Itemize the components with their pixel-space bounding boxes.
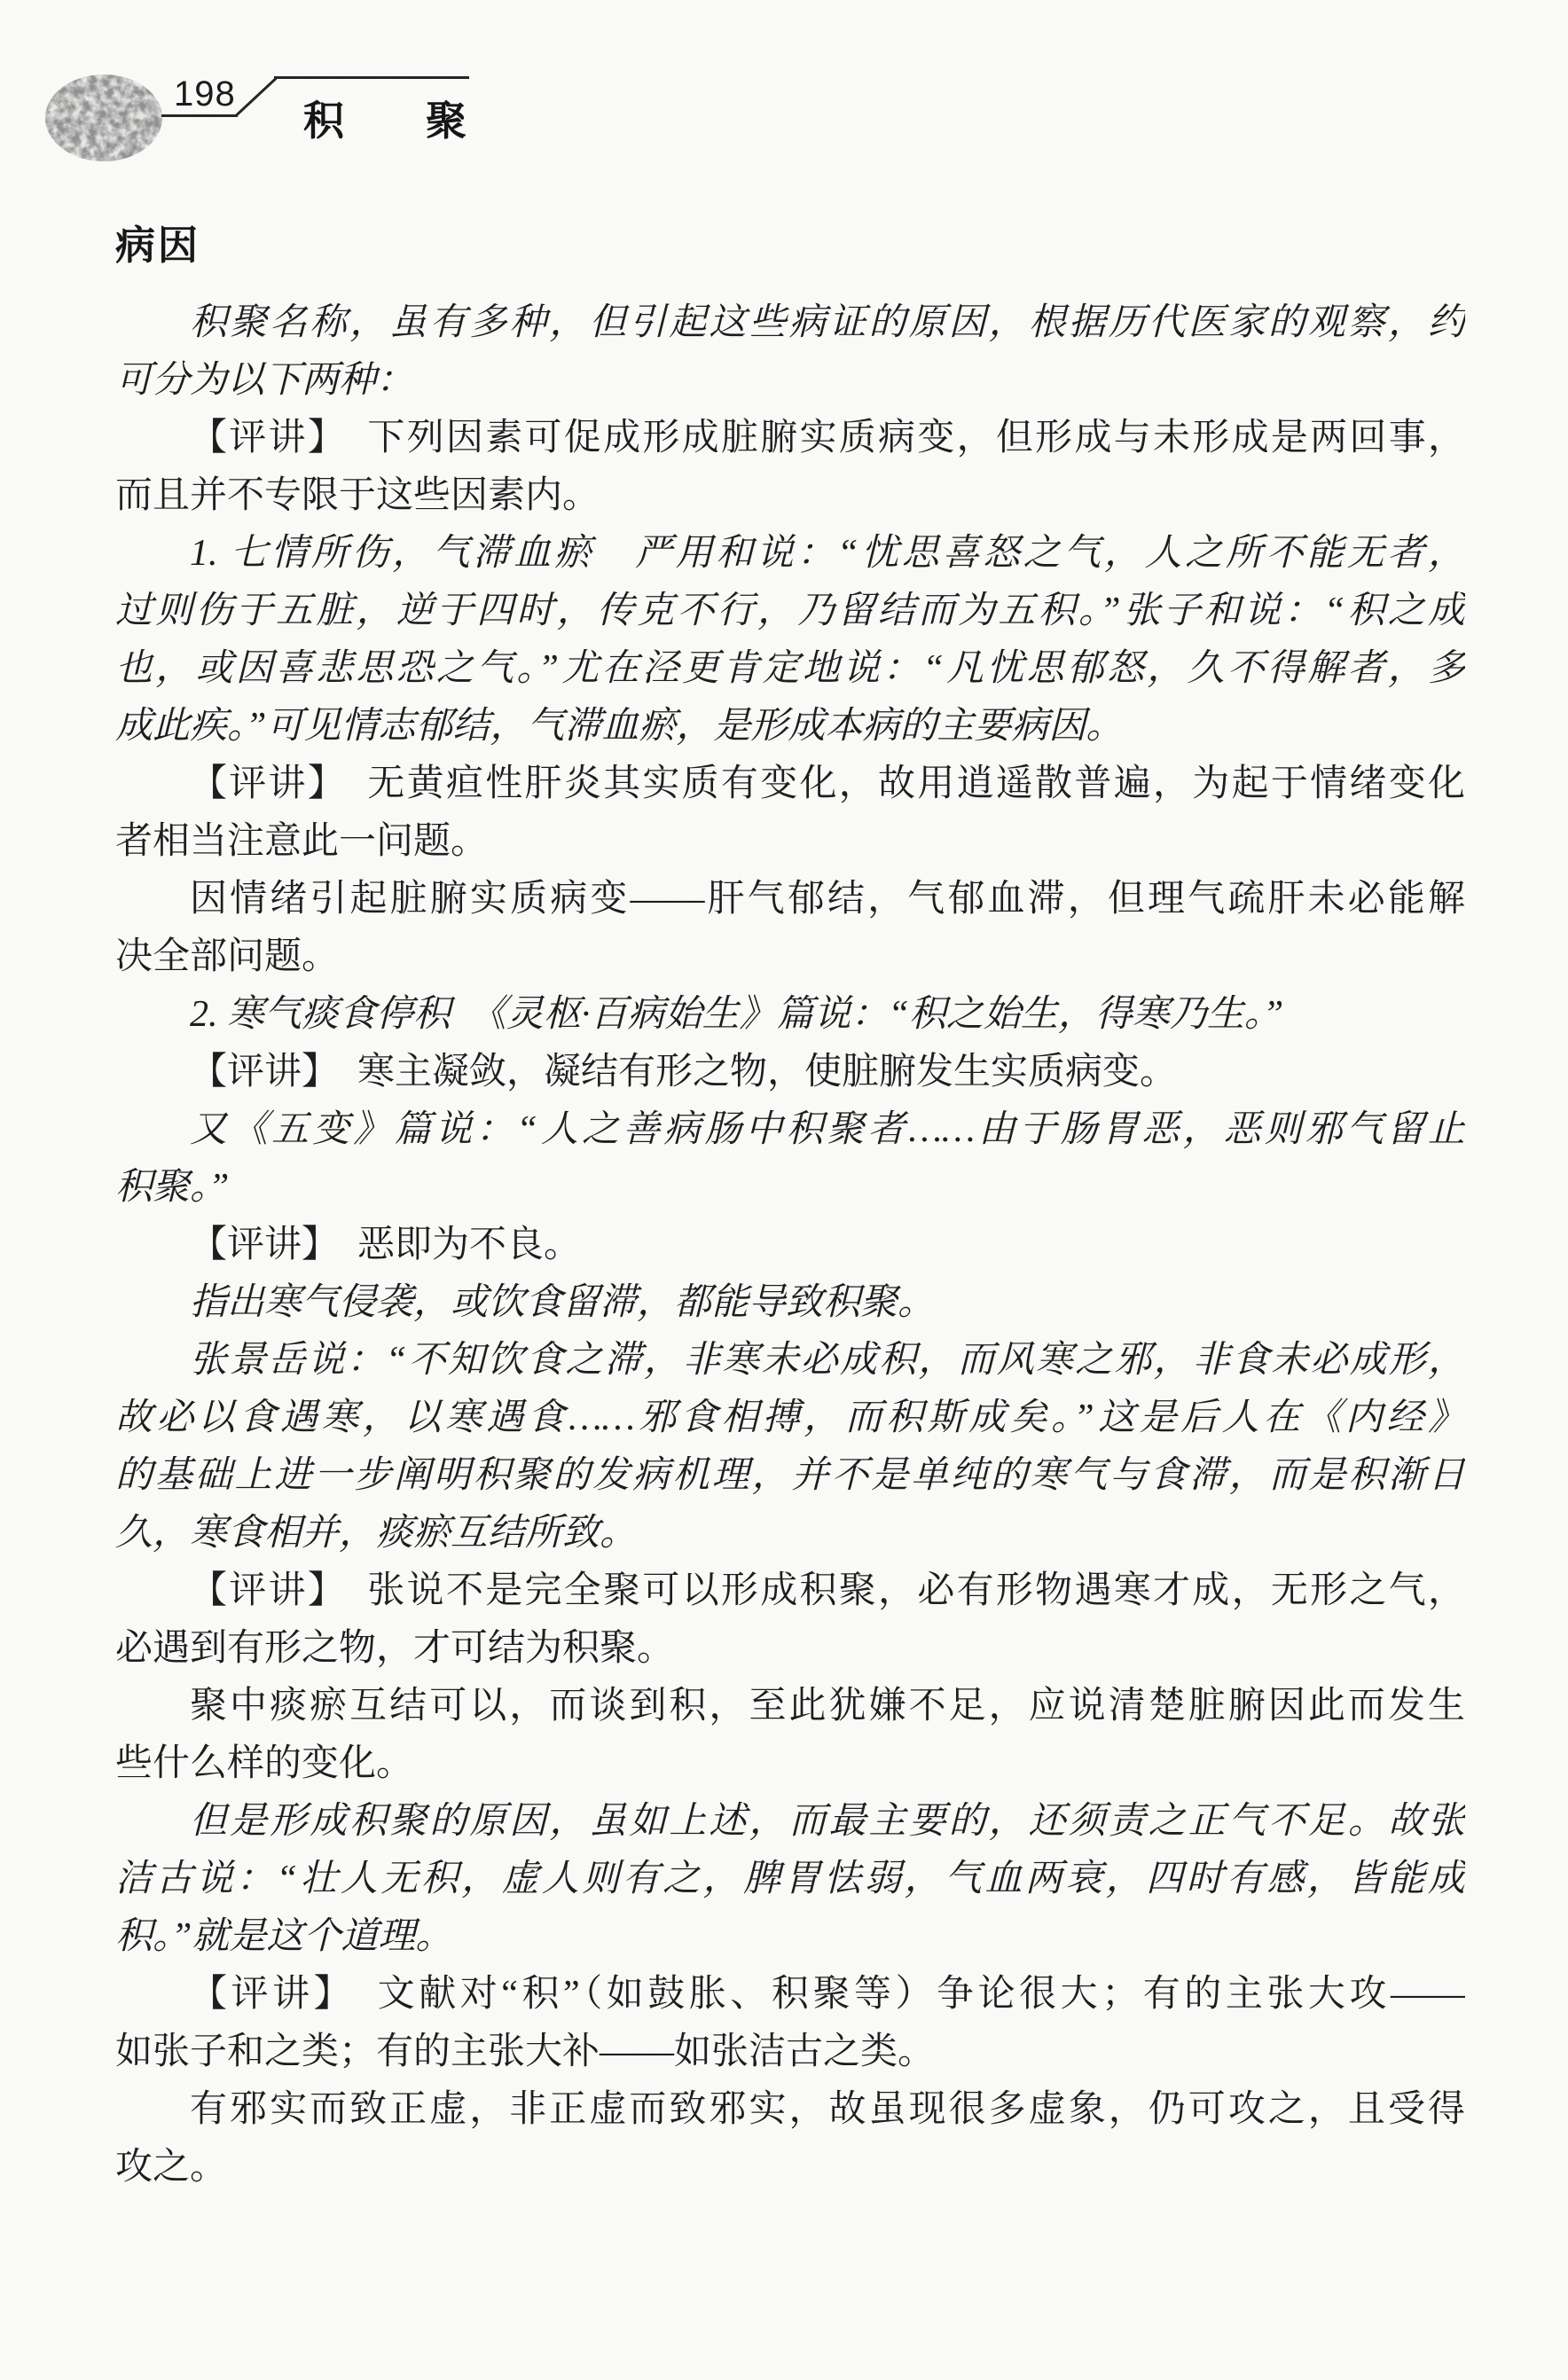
text-line: 过则伤于五脏，逆于四时，传克不行，乃留结而为五积。”张子和说：“积之成 <box>115 583 1465 640</box>
header-rule-short <box>161 114 238 117</box>
text-line: 1. 七情所伤，气滞血瘀 严用和说：“忧思喜怒之气，人之所不能无者， <box>115 525 1465 583</box>
text-line: 洁古说：“壮人无积，虚人则有之，脾胃怯弱，气血两衰，四时有感，皆能成 <box>115 1851 1465 1908</box>
text-line: 积聚名称，虽有多种，但引起这些病证的原因，根据历代医家的观察，约 <box>115 294 1465 352</box>
text-line: 久，寒食相并，痰瘀互结所致。 <box>115 1505 1465 1562</box>
text-line: 攻之。 <box>115 2139 1465 2196</box>
text-line: 因情绪引起脏腑实质病变——肝气郁结，气郁血滞，但理气疏肝未必能解 <box>115 871 1465 928</box>
chapter-title: 积 聚 <box>303 89 466 147</box>
paragraph: 2. 寒气痰食停积 《灵枢·百病始生》篇说：“积之始生，得寒乃生。” <box>115 986 1465 1044</box>
header-rule-top <box>274 76 469 79</box>
text-line: 2. 寒气痰食停积 《灵枢·百病始生》篇说：“积之始生，得寒乃生。” <box>115 986 1465 1044</box>
text-line: 有邪实而致正虚，非正虚而致邪实，故虽现很多虚象，仍可攻之，且受得 <box>115 2081 1465 2139</box>
text-line: 成此疾。”可见情志郁结，气滞血瘀，是形成本病的主要病因。 <box>115 698 1465 755</box>
text-line: 【评讲】 恶即为不良。 <box>115 1217 1465 1274</box>
paragraph: 1. 七情所伤，气滞血瘀 严用和说：“忧思喜怒之气，人之所不能无者，过则伤于五脏… <box>115 525 1465 755</box>
paragraph: 【评讲】 张说不是完全聚可以形成积聚，必有形物遇寒才成，无形之气，必遇到有形之物… <box>115 1562 1465 1678</box>
paragraph: 【评讲】 无黄疸性肝炎其实质有变化，故用逍遥散普遍，为起于情绪变化者相当注意此一… <box>115 755 1465 871</box>
paragraph: 指出寒气侵袭，或饮食留滞，都能导致积聚。 <box>115 1274 1465 1332</box>
section-heading: 病因 <box>115 220 1465 294</box>
text-line: 决全部问题。 <box>115 928 1465 986</box>
paragraph: 【评讲】 下列因素可促成形成脏腑实质病变，但形成与未形成是两回事，而且并不专限于… <box>115 410 1465 525</box>
text-line: 如张子和之类；有的主张大补——如张洁古之类。 <box>115 2024 1465 2081</box>
text-line: 的基础上进一步阐明积聚的发病机理，并不是单纯的寒气与食滞，而是积渐日 <box>115 1447 1465 1505</box>
text-line: 可分为以下两种： <box>115 352 1465 410</box>
paragraph: 有邪实而致正虚，非正虚而致邪实，故虽现很多虚象，仍可攻之，且受得攻之。 <box>115 2081 1465 2196</box>
text-line: 者相当注意此一问题。 <box>115 813 1465 871</box>
paragraph: 聚中痰瘀互结可以，而谈到积，至此犹嫌不足，应说清楚脏腑因此而发生些什么样的变化。 <box>115 1678 1465 1793</box>
page-number: 198 <box>174 74 236 114</box>
text-line: 积。”就是这个道理。 <box>115 1908 1465 1966</box>
paragraph-list: 积聚名称，虽有多种，但引起这些病证的原因，根据历代医家的观察，约可分为以下两种：… <box>115 294 1465 2196</box>
text-line: 张景岳说：“不知饮食之滞，非寒未必成积，而风寒之邪，非食未必成形， <box>115 1332 1465 1390</box>
paragraph: 【评讲】 恶即为不良。 <box>115 1217 1465 1274</box>
book-page: 198 积 聚 病因 积聚名称，虽有多种，但引起这些病证的原因，根据历代医家的观… <box>0 0 1568 2380</box>
paragraph: 张景岳说：“不知饮食之滞，非寒未必成积，而风寒之邪，非食未必成形，故必以食遇寒，… <box>115 1332 1465 1562</box>
text-line: 【评讲】 张说不是完全聚可以形成积聚，必有形物遇寒才成，无形之气， <box>115 1562 1465 1620</box>
text-line: 但是形成积聚的原因，虽如上述，而最主要的，还须责之正气不足。故张 <box>115 1793 1465 1851</box>
text-line: 些什么样的变化。 <box>115 1735 1465 1793</box>
ink-stamp-icon <box>41 71 169 167</box>
text-line: 也，或因喜悲思恐之气。”尤在泾更肯定地说：“凡忧思郁怒，久不得解者，多 <box>115 640 1465 698</box>
text-line: 而且并不专限于这些因素内。 <box>115 467 1465 525</box>
text-line: 【评讲】 下列因素可促成形成脏腑实质病变，但形成与未形成是两回事， <box>115 410 1465 467</box>
text-line: 必遇到有形之物，才可结为积聚。 <box>115 1620 1465 1678</box>
header-rule-diagonal <box>235 77 277 116</box>
page-body: 病因 积聚名称，虽有多种，但引起这些病证的原因，根据历代医家的观察，约可分为以下… <box>115 220 1465 2196</box>
text-line: 【评讲】 寒主凝敛，凝结有形之物，使脏腑发生实质病变。 <box>115 1044 1465 1101</box>
text-line: 故必以食遇寒，以寒遇食……邪食相搏，而积斯成矣。”这是后人在《内经》 <box>115 1390 1465 1447</box>
paragraph: 积聚名称，虽有多种，但引起这些病证的原因，根据历代医家的观察，约可分为以下两种： <box>115 294 1465 410</box>
text-line: 聚中痰瘀互结可以，而谈到积，至此犹嫌不足，应说清楚脏腑因此而发生 <box>115 1678 1465 1735</box>
paragraph: 但是形成积聚的原因，虽如上述，而最主要的，还须责之正气不足。故张洁古说：“壮人无… <box>115 1793 1465 1966</box>
text-line: 又《五变》篇说：“人之善病肠中积聚者……由于肠胃恶，恶则邪气留止 <box>115 1101 1465 1159</box>
text-line: 【评讲】 文献对“积”（如鼓胀、积聚等）争论很大；有的主张大攻—— <box>115 1966 1465 2024</box>
paragraph: 因情绪引起脏腑实质病变——肝气郁结，气郁血滞，但理气疏肝未必能解决全部问题。 <box>115 871 1465 986</box>
text-line: 积聚。” <box>115 1159 1465 1217</box>
text-line: 指出寒气侵袭，或饮食留滞，都能导致积聚。 <box>115 1274 1465 1332</box>
paragraph: 又《五变》篇说：“人之善病肠中积聚者……由于肠胃恶，恶则邪气留止积聚。” <box>115 1101 1465 1217</box>
paragraph: 【评讲】 寒主凝敛，凝结有形之物，使脏腑发生实质病变。 <box>115 1044 1465 1101</box>
paragraph: 【评讲】 文献对“积”（如鼓胀、积聚等）争论很大；有的主张大攻——如张子和之类；… <box>115 1966 1465 2081</box>
text-line: 【评讲】 无黄疸性肝炎其实质有变化，故用逍遥散普遍，为起于情绪变化 <box>115 755 1465 813</box>
